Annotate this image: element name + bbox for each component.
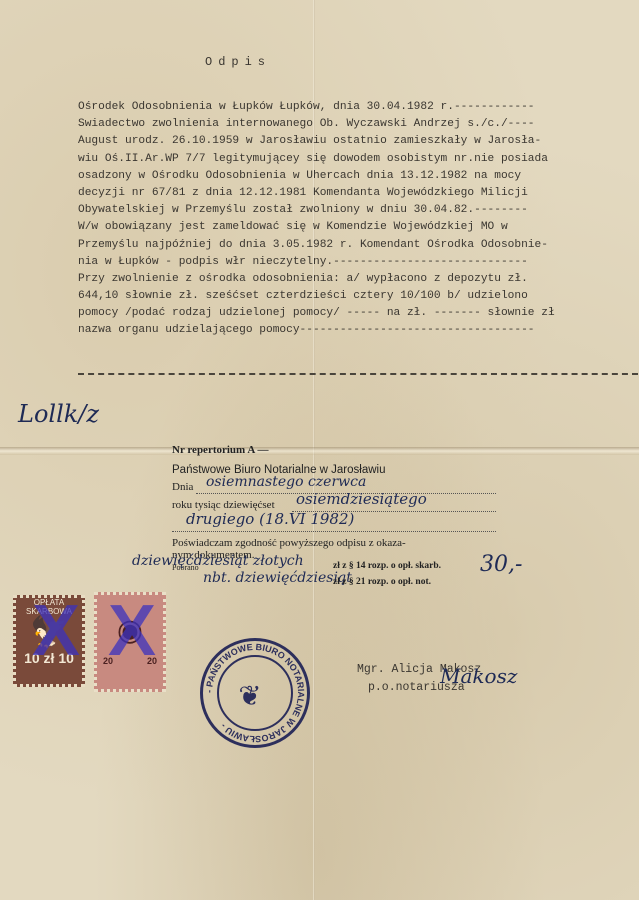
day-label: Dnia — [172, 481, 193, 493]
typed-line: nia w Łupków - podpis włr nieczytelny.--… — [78, 254, 638, 271]
fee-line-2: zł z § 21 rozp. o opł. not. — [333, 577, 431, 587]
margin-handwriting: Lollk/z — [18, 400, 99, 428]
repertorium-label: Nr repertorium A — — [172, 444, 268, 456]
typed-line: nazwa organu udzielającego pomocy-------… — [78, 322, 638, 339]
typed-body: Ośrodek Odosobnienia w Łupków Łupków, dn… — [78, 99, 638, 340]
typed-line: decyzji nr 67/81 z dnia 12.12.1981 Komen… — [78, 185, 638, 202]
typed-line: Obywatelskiej w Przemyślu został zwolnio… — [78, 202, 638, 219]
notary-signature: Makosz — [440, 664, 517, 688]
typed-line: Ośrodek Odosobnienia w Łupków Łupków, dn… — [78, 99, 638, 116]
stamp-cancel-mark: X — [32, 590, 80, 672]
fee-handwritten-2: nbt. dziewięćdziesiąt — [203, 570, 352, 586]
typed-line: Swiadectwo zwolnienia internowanego Ob. … — [78, 116, 638, 133]
paper-fold-horizontal — [0, 447, 639, 455]
typed-line: pomocy /podać rodzaj udzielonej pomocy/ … — [78, 305, 638, 322]
typed-line: Przy zwolnienie z ośrodka odosobnienia: … — [78, 271, 638, 288]
typed-line: August urodz. 26.10.1959 w Jarosławiu os… — [78, 133, 638, 150]
typed-line: 644,10 słownie zł. sześćset czterdzieści… — [78, 288, 638, 305]
year-handwritten: osiemdziesiątego — [296, 490, 427, 508]
typed-line: osadzony w Ośrodku Odosobnienia w Uherca… — [78, 168, 638, 185]
notary-seal: - PAŃSTWOWE BIURO NOTARIALNE W JAROSŁAWI… — [200, 638, 310, 748]
typed-line: Przemyślu najpóźniej do dnia 3.05.1982 r… — [78, 237, 638, 254]
typed-line: W/w obowiązany jest zameldować się w Kom… — [78, 219, 638, 236]
fee-total-handwritten: 30,- — [480, 552, 522, 577]
certification-text: Poświadczam zgodność powyższego odpisu z… — [172, 537, 406, 549]
year-handwritten-2: drugiego (18.VI 1982) — [186, 510, 354, 528]
typed-line: wiu Oś.II.Ar.WP 7/7 legitymującey się do… — [78, 151, 638, 168]
stamp-cancel-mark: X — [108, 590, 156, 672]
day-handwritten: osiemnastego czerwca — [206, 474, 366, 490]
closing-dash-line — [78, 373, 638, 375]
document-title: Odpis — [205, 55, 271, 69]
year-field-line-2 — [172, 531, 496, 532]
fee-handwritten-1: dziewięćdziesiąt złotych — [132, 553, 304, 569]
eagle-icon: ❦ — [239, 674, 259, 716]
